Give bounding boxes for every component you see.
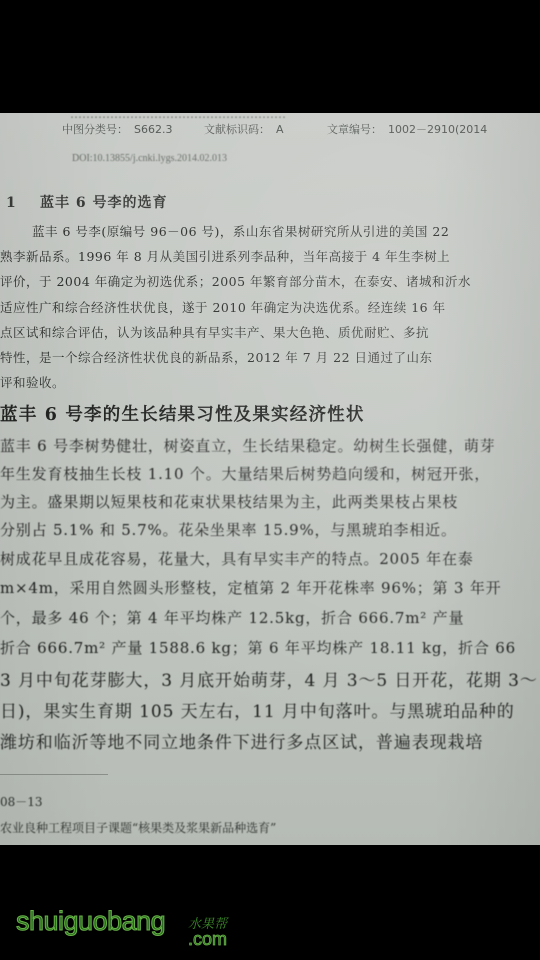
- clc-label: 中图分类号：: [62, 123, 128, 136]
- article-no-label: 文章编号：: [327, 123, 382, 136]
- doc-code-value: A: [276, 123, 284, 136]
- paragraph-line: m×4m，采用自然圆头形整枝，定植第 2 年开花株率 96%；第 3 年开: [0, 577, 501, 598]
- footnote-date: 08－13: [0, 793, 43, 810]
- watermark-suffix: .com: [188, 929, 227, 950]
- paragraph-line: 潍坊和临沂等地不同立地条件下进行多点区试，普遍表现栽培: [0, 728, 483, 753]
- paragraph-line: 适应性广和综合经济性状优良，遂于 2010 年确定为决选优系。经连续 16 年: [0, 298, 446, 316]
- metadata-row: 中图分类号：S662.3 文献标识码：A 文章编号：1002－2910(2014: [62, 121, 493, 137]
- watermark-logo: shuiguobang: [16, 906, 165, 937]
- section-1-heading: 1蓝丰 6 号李的选育: [6, 192, 168, 212]
- paragraph-line: 蓝丰 6 号李(原编号 96－06 号)，系山东省果树研究所从引进的美国 22: [32, 222, 449, 240]
- footnote-funding: 农业良种工程项目子课题“核果类及浆果新品种选育”: [0, 819, 276, 836]
- paragraph-line: 分别占 5.1% 和 5.7%。花朵坐果率 15.9%，与黑琥珀李相近。: [0, 519, 457, 540]
- paragraph-line: 年生发育枝抽生长枝 1.10 个。大量结果后树势趋向缓和，树冠开张，: [0, 463, 490, 484]
- paragraph-line: 特性，是一个综合经济性状优良的新品系，2012 年 7 月 22 日通过了山东: [0, 348, 433, 366]
- footnote-divider: [0, 774, 108, 775]
- doi: DOI:10.13855/j.cnki.lygs.2014.02.013: [72, 153, 227, 164]
- article-no-value: 1002－2910(2014: [388, 123, 487, 136]
- paragraph-line: 熟李新品系。1996 年 8 月从美国引进系列李品种，当年高接于 4 年生李树上: [0, 247, 450, 265]
- paragraph-line: 个，最多 46 个；第 4 年平均株产 12.5kg，折合 666.7m² 产量: [0, 607, 464, 628]
- paragraph-line: 3 月中旬花芽膨大，3 月底开始萌芽，4 月 3～5 日开花，花期 3～: [0, 666, 538, 691]
- section-1-number: 1: [6, 195, 40, 211]
- paragraph-line: 评价，于 2004 年确定为初选优系；2005 年繁育部分苗木，在泰安、诸城和沂…: [0, 272, 471, 290]
- paragraph-line: 为主。盛果期以短果枝和花束状果枝结果为主，此两类果枝占果枝: [0, 491, 458, 512]
- paragraph-line: 折合 666.7m² 产量 1588.6 kg；第 6 年平均株产 18.11 …: [0, 637, 516, 658]
- paragraph-line: 评和验收。: [0, 373, 65, 391]
- section-1-title: 蓝丰 6 号李的选育: [40, 195, 168, 211]
- paragraph-line: 日)，果实生育期 105 天左右，11 月中旬落叶。与黑琥珀品种的: [0, 697, 515, 722]
- clc-value: S662.3: [134, 123, 172, 136]
- doc-code-label: 文献标识码：: [204, 123, 270, 136]
- paragraph-line: 蓝丰 6 号李树势健壮，树姿直立，生长结果稳定。幼树生长强健，萌芽: [0, 435, 495, 456]
- section-2-heading: 蓝丰 6 号李的生长结果习性及果实经济性状: [0, 401, 365, 426]
- paragraph-line: 点区试和综合评估，认为该品种具有早实丰产、果大色艳、质优耐贮、多抗: [0, 323, 429, 341]
- paragraph-line: 树成花早且成花容易，花量大，具有早实丰产的特点。2005 年在泰: [0, 548, 474, 569]
- document-photo: ……………………………………………… 中图分类号：S662.3 文献标识码：A …: [0, 113, 540, 845]
- cut-off-line: ………………………………………………: [70, 113, 286, 121]
